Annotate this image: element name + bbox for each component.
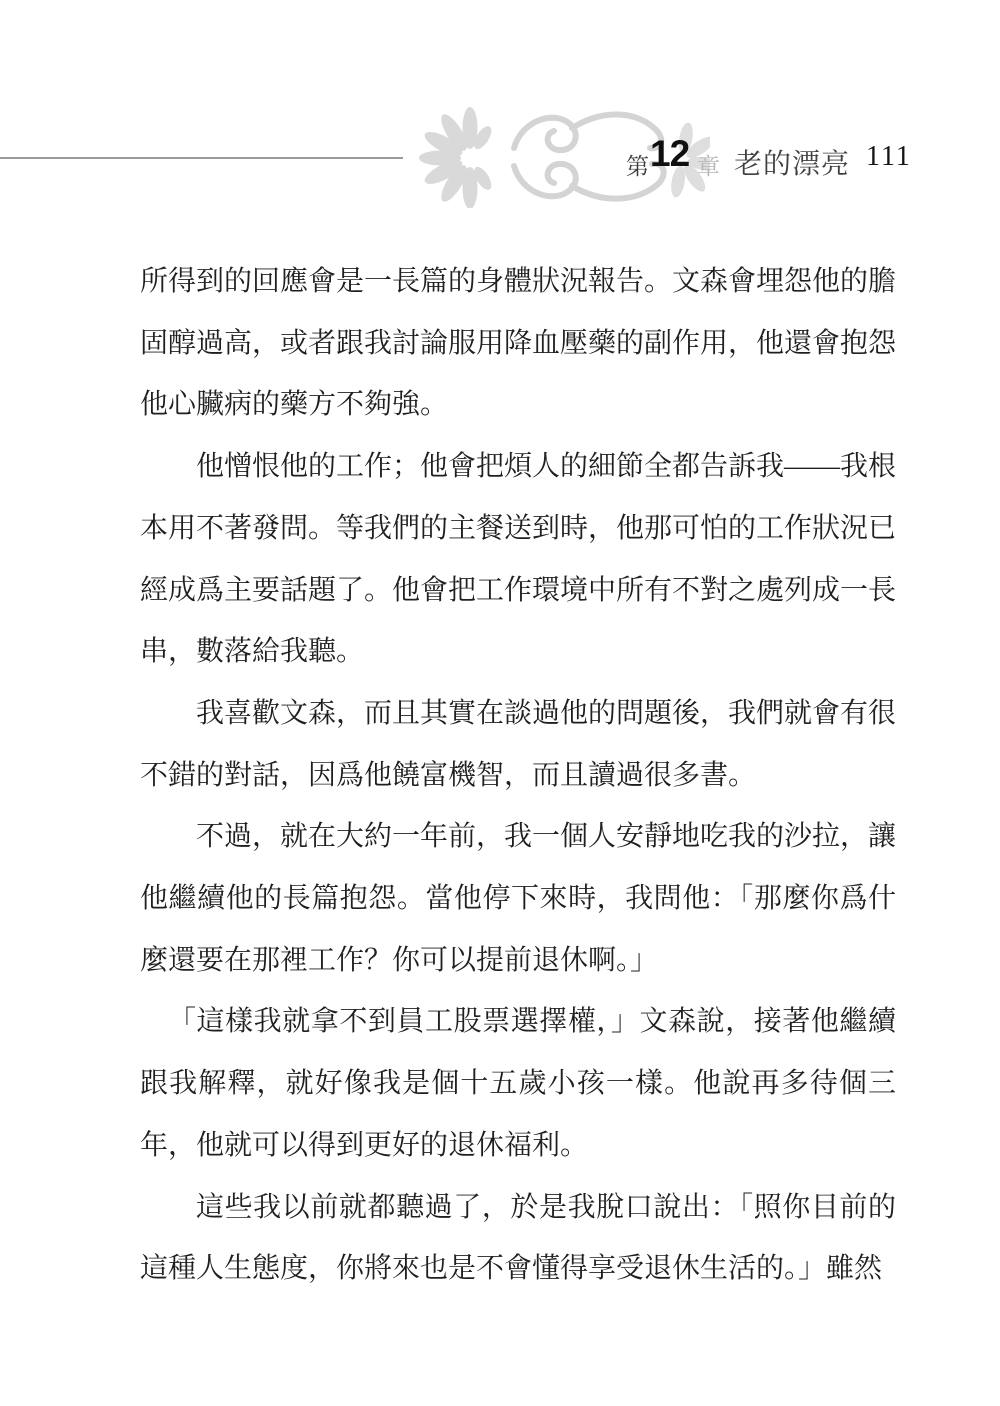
book-page: 第 12 章 老的漂亮 111 所得到的回應會是一長篇的身體狀況報告。文森會埋怨… [0,0,1000,1406]
text-line: 這些我以前就都聽過了，於是我脫口說出：「照你目前的 [140,1177,896,1239]
chapter-number: 12 [650,133,689,175]
text-line: 他憎恨他的工作；他會把煩人的細節全都告訴我——我根 [140,436,896,498]
body-text: 所得到的回應會是一長篇的身體狀況報告。文森會埋怨他的膽固醇過高，或者跟我討論服用… [140,251,896,1300]
header-rule [0,157,403,159]
text-line: 我喜歡文森，而且其實在談過他的問題後，我們就會有很 [140,683,896,745]
chapter-suffix: 章 [697,148,720,181]
chapter-title: 老的漂亮 [734,142,850,182]
text-line: 不錯的對話，因爲他饒富機智，而且讀過很多書。 [140,745,896,807]
page-number: 111 [866,141,912,173]
text-line: 所得到的回應會是一長篇的身體狀況報告。文森會埋怨他的膽 [140,251,896,313]
text-line: 年，他就可以得到更好的退休福利。 [140,1115,896,1177]
text-line: 串，數落給我聽。 [140,621,896,683]
text-line: 固醇過高，或者跟我討論服用降血壓藥的副作用，他還會抱怨 [140,313,896,375]
text-line: 他心臟病的藥方不夠強。 [140,374,896,436]
text-line: 這種人生態度，你將來也是不會懂得享受退休生活的。」雖然 [140,1238,896,1300]
text-line: 本用不著發問。等我們的主餐送到時，他那可怕的工作狀況已 [140,498,896,560]
text-line: 經成爲主要話題了。他會把工作環境中所有不對之處列成一長 [140,560,896,622]
text-line: 不過，就在大約一年前，我一個人安靜地吃我的沙拉，讓 [140,806,896,868]
text-line: 麼還要在那裡工作？你可以提前退休啊。」 [140,930,896,992]
text-line: 他繼續他的長篇抱怨。當他停下來時，我問他：「那麼你爲什 [140,868,896,930]
text-line: 跟我解釋，就好像我是個十五歲小孩一樣。他說再多待個三 [140,1053,896,1115]
text-line: 「這樣我就拿不到員工股票選擇權，」文森說，接著他繼續 [140,991,896,1053]
chapter-prefix: 第 [626,148,649,181]
